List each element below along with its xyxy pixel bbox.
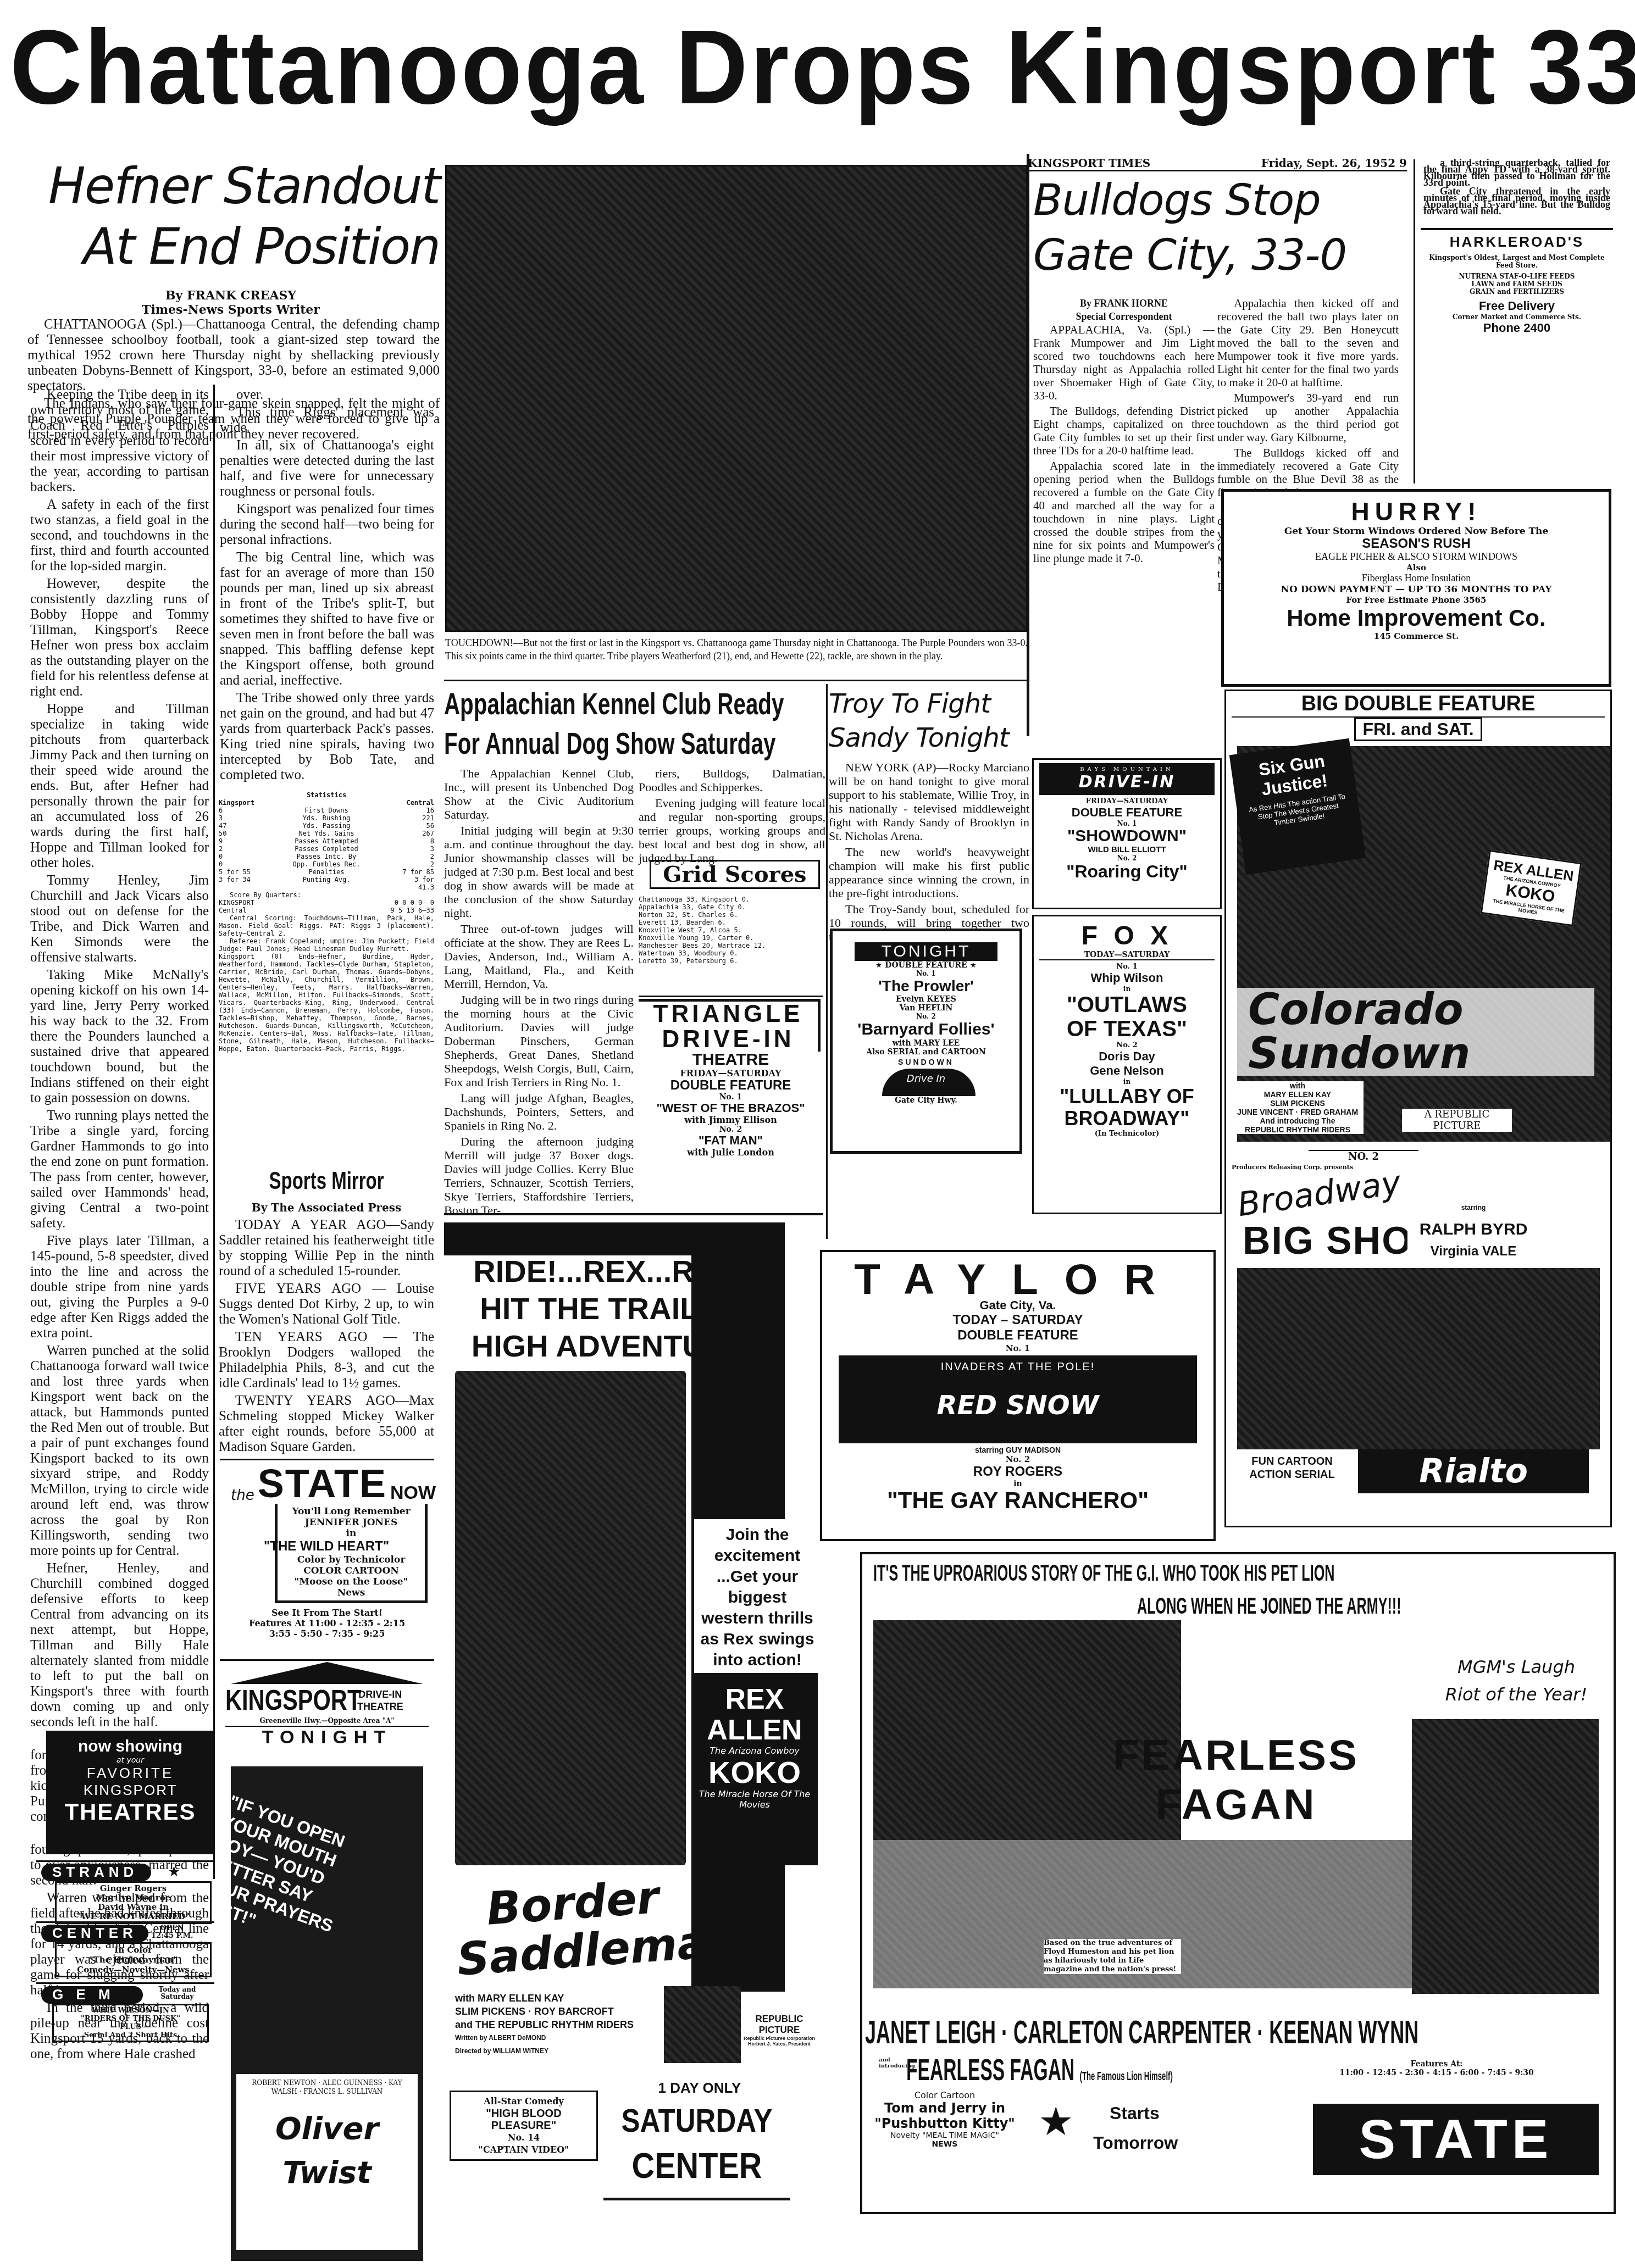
- stats-row: 3 for 34Punting Avg.3 for 41.3: [219, 876, 434, 891]
- stats-row: 5 for 55Penalties7 for 85: [219, 868, 434, 876]
- sundown-drivein-ad: TONIGHT ★ DOUBLE FEATURE ★ No. 1 'The Pr…: [830, 929, 1022, 1154]
- grid-scores: Grid Scores Chattanooga 33, Kingsport 0.…: [639, 860, 825, 965]
- fearless-fagan-state-ad: IT'S THE UPROARIOUS STORY OF THE G.I. WH…: [860, 1552, 1616, 2214]
- strand-ad: STRAND ★ Ginger RogersMarilyn MonroeDavi…: [41, 1864, 214, 1919]
- kingsport-drivein-ad: KINGSPORT DRIVE-INTHEATRE Greeneville Hw…: [220, 1662, 434, 2261]
- star-icon: ★: [967, 961, 977, 970]
- fox-theatre-ad: F O X TODAY—SATURDAY No. 1 Whip Wilson i…: [1032, 915, 1222, 1214]
- touchdown-photo: [445, 165, 1028, 632]
- stats-row: 6First Downs16: [219, 807, 434, 814]
- kennel-col2: riers, Bulldogs, Dalmatian, Poodles and …: [639, 766, 825, 867]
- star-icon: ★: [168, 1864, 180, 1880]
- sports-mirror-title: Sports Mirror: [246, 1165, 407, 1198]
- state-wild-heart-ad: the STATE NOW You'll Long RememberJENNIF…: [220, 1464, 434, 1654]
- harkleroad-ad: HARKLEROAD'S Kingsport's Oldest, Largest…: [1421, 228, 1613, 335]
- stats-row: 47Yds. Passing56: [219, 822, 434, 830]
- hurry-storm-windows-ad: HURRY! Get Your Storm Windows Ordered No…: [1221, 489, 1611, 687]
- stats-row: 0Passes Intc. By2: [219, 853, 434, 860]
- sports-mirror: Sports Mirror By The Associated Press TO…: [219, 1165, 434, 1457]
- banner-headline: Chattanooga Drops Kingsport 33-0: [10, 12, 1545, 122]
- lead-headline-1: Hefner Standout: [22, 157, 440, 217]
- stats-row: 9Passes Attempted8: [219, 837, 434, 845]
- kennel-col1: The Appalachian Kennel Club, Inc., will …: [444, 766, 634, 1219]
- rialto-big-double-feature-ad: BIG DOUBLE FEATURE FRI. and SAT. Six Gun…: [1224, 690, 1612, 1527]
- border-saddlemates-ad: RIDE!...REX...RIDE!HIT THE TRAIL TOHIGH …: [444, 1222, 823, 2261]
- stats-row: 2Passes Completed3: [219, 845, 434, 853]
- taylor-theatre-ad: TAYLOR Gate City, Va. TODAY – SATURDAY D…: [820, 1250, 1216, 1541]
- lead-byline: By FRANK CREASY: [22, 288, 440, 303]
- bays-mountain-drivein-ad: BAYS MOUNTAIN DRIVE-IN FRIDAY—SATURDAY D…: [1032, 758, 1222, 909]
- lead-headline-2: At End Position: [22, 217, 440, 277]
- lead-col2: over.This time Riggs' placement was wide…: [220, 387, 434, 785]
- troy-story: Troy To Fight Sandy Tonight NEW YORK (AP…: [829, 687, 1029, 946]
- oliver-twist-art: "IF YOU OPEN YOUR MOUTH BOY— YOU'D BETTE…: [231, 1766, 423, 2261]
- triangle-drivein-ad: TRIANGLE DRIVE-IN THEATRE FRIDAY—SATURDA…: [639, 999, 823, 1155]
- center-ad: CENTER OPEN12:45 P.M. In Color"The Highw…: [41, 1925, 214, 1980]
- photo-caption: TOUCHDOWN!—But not the first or last in …: [445, 636, 1028, 663]
- star-icon: ★: [875, 961, 885, 970]
- kennel-story: Appalachian Kennel Club Ready For Annual…: [444, 684, 829, 763]
- stats-row: 3Yds. Rushing221: [219, 814, 434, 822]
- masthead-folio: KINGSPORT TIMESFriday, Sept. 26, 1952 9: [1028, 157, 1407, 171]
- stats-row: 0Opp. Fumbles Rec.2: [219, 860, 434, 868]
- stats-row: 50Net Yds. Gains267: [219, 830, 434, 837]
- now-showing-banner: now showing at your FAVORITE KINGSPORT T…: [46, 1731, 214, 1854]
- bulldogs-story: Bulldogs Stop Gate City, 33-0: [1033, 173, 1407, 283]
- column-rule: [213, 385, 215, 1879]
- star-icon: ★: [1038, 2098, 1074, 2144]
- bulldogs-col1: By FRANK HORNE Special Correspondent APP…: [1033, 297, 1215, 567]
- bulldogs-col3: a third-string quarterback, tallied for …: [1423, 159, 1610, 216]
- statistics-box: Statistics KingsportCentral 6First Downs…: [219, 791, 434, 1053]
- stats-title: Statistics: [219, 791, 434, 799]
- lead-byline-title: Times-News Sports Writer: [22, 303, 440, 317]
- gem-ad: G E M Today and Saturday WHIP WILSON—IN"…: [41, 1986, 214, 2041]
